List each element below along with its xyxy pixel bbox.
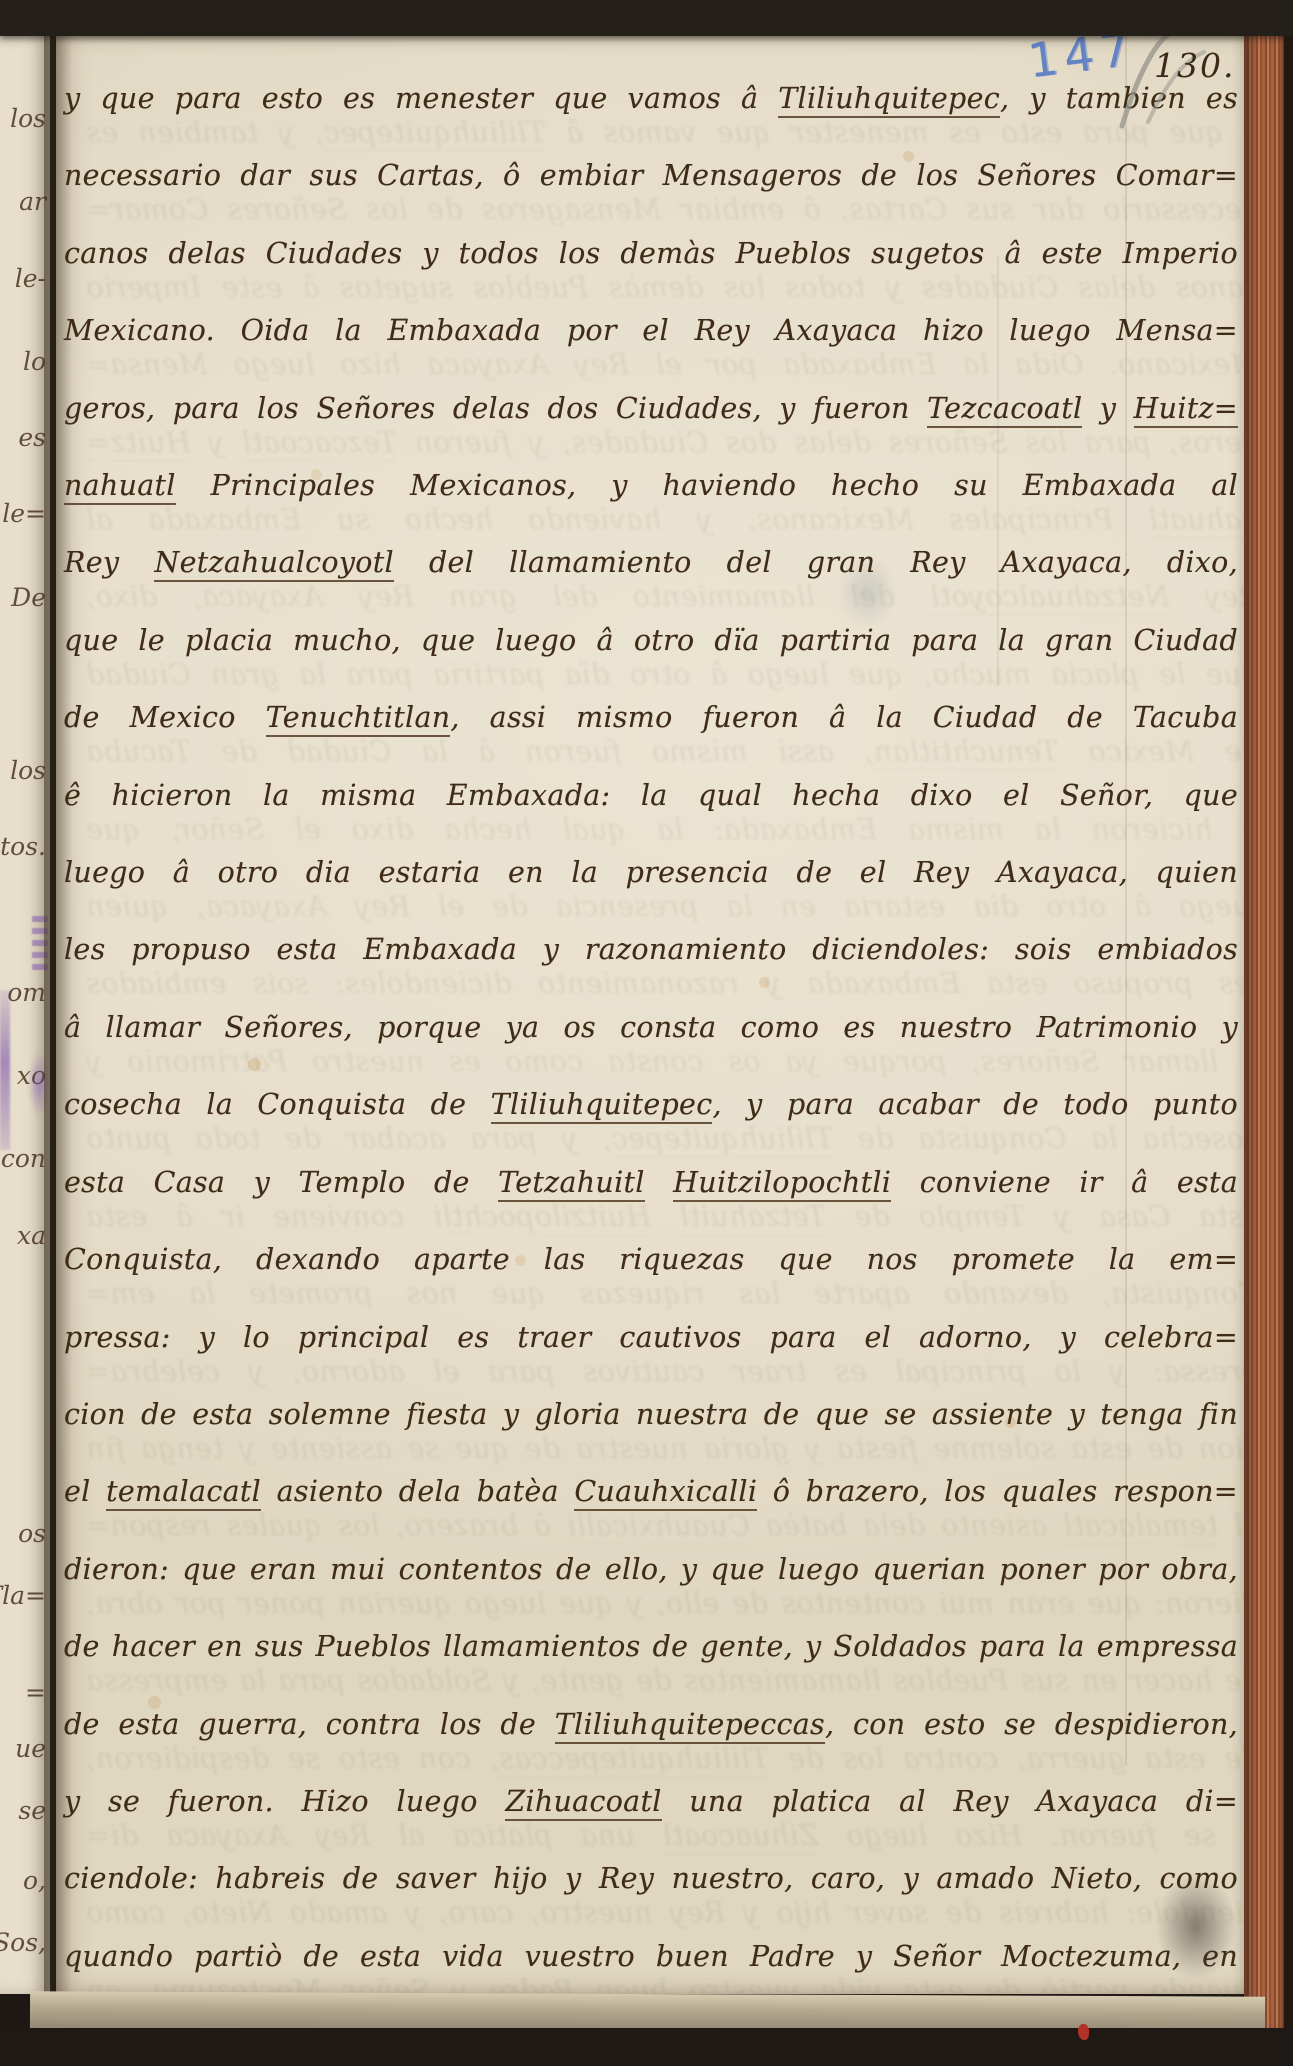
book-cover-bottom <box>0 2028 1293 2066</box>
gutter-text-fragment: Tla= <box>0 1581 46 1610</box>
text-segment: , con esto se despidieron, <box>825 1708 1238 1741</box>
underlined-word: nahuatl <box>64 469 176 505</box>
text-segment: les propuso esta Embaxada y razonamiento… <box>64 933 1238 966</box>
book-page-edges <box>1244 10 1286 2034</box>
stamp-mark <box>28 1052 50 1116</box>
gutter-text-fragment: le- <box>15 264 46 293</box>
text-segment: , assi mismo fueron â la Ciudad de Tacub… <box>450 701 1238 734</box>
manuscript-line: luego â otro dia estaria en la presencia… <box>64 834 1238 911</box>
underlined-word: Netzahualcoyotl <box>154 546 394 582</box>
facing-page-edge: losarle-loesle=Delostos.omxoconxaosTla==… <box>0 36 50 1994</box>
text-segment: quando partiò de esta vida vuestro buen … <box>64 1940 1238 1973</box>
text-segment: de Mexico <box>64 701 266 734</box>
text-segment: Conquista, dexando aparte las riquezas q… <box>64 1243 1238 1276</box>
underlined-word: Huitz= <box>1134 392 1238 428</box>
text-segment: Mexicano. Oida la Embaxada por el Rey Ax… <box>64 314 1238 347</box>
gutter-text-fragment: lo <box>23 347 46 376</box>
manuscript-line: dieron: que eran mui contentos de ello, … <box>64 1531 1238 1608</box>
manuscript-line: nahuatl Principales Mexicanos, y haviend… <box>64 447 1238 524</box>
foxing-spots <box>56 36 61 41</box>
stamp-mark <box>0 990 10 1150</box>
manuscript-line: de Mexico Tenuchtitlan, assi mismo fuero… <box>64 679 1238 756</box>
manuscript-line: de hacer en sus Pueblos llamamientos de … <box>64 1608 1238 1685</box>
manuscript-line: esta Casa y Templo de Tetzahuitl Huitzil… <box>64 1144 1238 1221</box>
ink-smudge <box>1156 1874 1236 1979</box>
manuscript-line: les propuso esta Embaxada y razonamiento… <box>64 911 1238 988</box>
underlined-word: Tliliuhquitepec <box>491 1088 713 1124</box>
manuscript-page: y que para esto es menester que vamos â … <box>56 36 1244 1994</box>
manuscript-scan: losarle-loesle=Delostos.omxoconxaosTla==… <box>0 0 1293 2066</box>
gutter-text-fragment: om <box>7 978 46 1007</box>
gutter-text-fragment: Sos, <box>0 1928 46 1957</box>
text-segment: y que para esto es menester que vamos â <box>64 82 778 115</box>
manuscript-line: el temalacatl asiento dela batèa Cuauhxi… <box>64 1453 1238 1530</box>
text-segment: y <box>1082 392 1133 425</box>
gutter-text-fragment: le= <box>2 499 46 528</box>
text-segment: luego â otro dia estaria en la presencia… <box>64 856 1238 889</box>
manuscript-line: necessario dar sus Cartas, ô embiar Mens… <box>64 137 1238 214</box>
text-segment: â llamar Señores, porque ya os consta co… <box>64 1011 1238 1044</box>
manuscript-line: Conquista, dexando aparte las riquezas q… <box>64 1221 1238 1298</box>
gutter-text-fragment: los <box>10 104 46 133</box>
text-segment: ô brazero, los quales respon= <box>757 1475 1238 1508</box>
stamp-mark <box>32 912 48 970</box>
text-segment: cion de esta solemne fiesta y gloria nue… <box>64 1398 1238 1431</box>
manuscript-line: y se fueron. Hizo luego Zihuacoatl una p… <box>64 1763 1238 1840</box>
folio-number-ink: 130. <box>1154 46 1235 85</box>
text-segment: el <box>64 1475 106 1508</box>
text-segment: que le placia mucho, que luego â otro dï… <box>64 624 1238 657</box>
manuscript-line: Mexicano. Oida la Embaxada por el Rey Ax… <box>64 292 1238 369</box>
book-cover-edge <box>1284 0 1293 2066</box>
manuscript-line: cosecha la Conquista de Tliliuhquitepec,… <box>64 1066 1238 1143</box>
text-segment: de esta guerra, contra los de <box>64 1708 555 1741</box>
manuscript-line: ê hicieron la misma Embaxada: la qual he… <box>64 757 1238 834</box>
underlined-word: Tliliuhquitepec <box>778 82 1000 118</box>
text-segment: y se fueron. Hizo luego <box>64 1785 505 1818</box>
gutter-text-fragment: es <box>18 423 46 452</box>
gutter-text-fragment: De <box>11 583 46 612</box>
text-segment: dieron: que eran mui contentos de ello, … <box>64 1553 1238 1586</box>
text-segment: ciendole: habreis de saver hijo y Rey nu… <box>64 1862 1238 1895</box>
text-segment: esta Casa y Templo de <box>64 1166 498 1199</box>
underlined-word: Huitzilopochtli <box>673 1166 891 1202</box>
book-cover-top <box>0 0 1293 36</box>
manuscript-line: canos delas Ciudades y todos los demàs P… <box>64 215 1238 292</box>
gutter-text-fragment: los <box>10 756 46 785</box>
text-segment: ê hicieron la misma Embaxada: la qual he… <box>64 779 1238 812</box>
text-segment: una platica al Rey Axayaca di= <box>662 1785 1238 1818</box>
text-segment: conviene ir â esta <box>891 1166 1238 1199</box>
gutter-text-fragment: ar <box>19 187 46 216</box>
underlined-word: Tetzahuitl <box>498 1166 645 1202</box>
underlined-word: Cuauhxicalli <box>574 1475 757 1511</box>
manuscript-line: â llamar Señores, porque ya os consta co… <box>64 989 1238 1066</box>
gutter-text-fragment: tos. <box>0 832 46 861</box>
gutter-text-fragment: o, <box>23 1866 46 1895</box>
manuscript-line: quando partiò de esta vida vuestro buen … <box>64 1918 1238 1995</box>
gutter-text-fragment: xa <box>17 1221 46 1250</box>
text-segment: canos delas Ciudades y todos los demàs P… <box>64 237 1238 270</box>
text-segment: asiento dela batèa <box>261 1475 574 1508</box>
manuscript-line: pressa: y lo principal es traer cautivos… <box>64 1299 1238 1376</box>
manuscript-line: que le placia mucho, que luego â otro dï… <box>64 602 1238 679</box>
text-segment: Rey <box>64 546 154 579</box>
red-mark <box>1078 2024 1089 2040</box>
underlined-word: Zihuacoatl <box>505 1785 661 1821</box>
manuscript-line: ciendole: habreis de saver hijo y Rey nu… <box>64 1840 1238 1917</box>
gutter-text-fragment: ue <box>15 1734 46 1763</box>
manuscript-text-block: y que para esto es menester que vamos â … <box>64 60 1238 1995</box>
text-segment: , y para acabar de todo punto <box>712 1088 1238 1121</box>
text-segment: del llamamiento del gran Rey Axayaca, di… <box>394 546 1238 579</box>
gutter-text-fragment: = <box>25 1678 46 1707</box>
gutter-text-fragment: se <box>18 1796 46 1825</box>
text-segment <box>645 1166 673 1199</box>
text-segment: cosecha la Conquista de <box>64 1088 491 1121</box>
underlined-word: Tliliuhquitepeccas <box>555 1708 825 1744</box>
text-segment: geros, para los Señores delas dos Ciudad… <box>64 392 927 425</box>
text-segment: Principales Mexicanos, y haviendo hecho … <box>176 469 1238 502</box>
text-segment: necessario dar sus Cartas, ô embiar Mens… <box>64 159 1238 192</box>
manuscript-line: Rey Netzahualcoyotl del llamamiento del … <box>64 524 1238 601</box>
text-segment: de hacer en sus Pueblos llamamientos de … <box>64 1630 1238 1663</box>
gutter-text-fragment: os <box>18 1519 46 1548</box>
manuscript-line: cion de esta solemne fiesta y gloria nue… <box>64 1376 1238 1453</box>
underlined-word: Tenuchtitlan <box>266 701 451 737</box>
underlined-word: Tezcacoatl <box>927 392 1082 428</box>
underlined-word: temalacatl <box>106 1475 261 1511</box>
manuscript-line: de esta guerra, contra los de Tliliuhqui… <box>64 1686 1238 1763</box>
manuscript-line: geros, para los Señores delas dos Ciudad… <box>64 370 1238 447</box>
text-segment: pressa: y lo principal es traer cautivos… <box>64 1321 1238 1354</box>
